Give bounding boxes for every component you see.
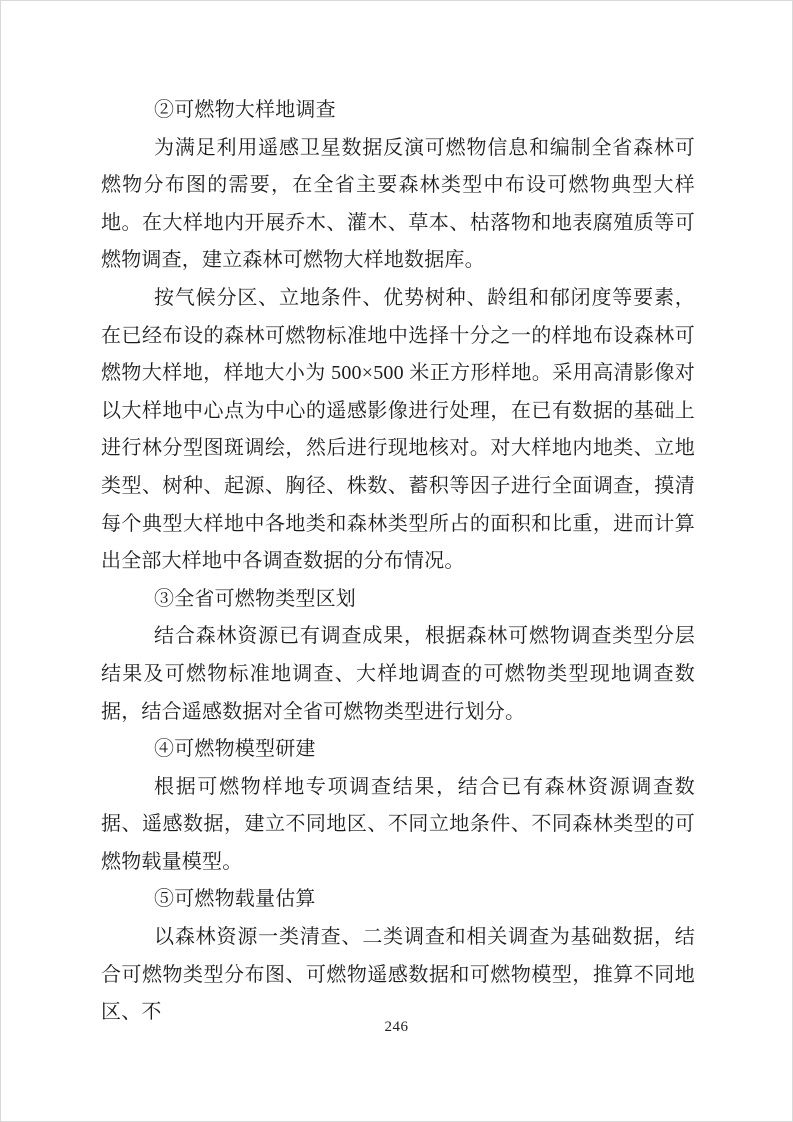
section-heading: ④可燃物模型研建	[101, 731, 695, 769]
page-number: 246	[1, 1019, 792, 1036]
body-paragraph: 按气候分区、立地条件、优势树种、龄组和郁闭度等要素，在已经布设的森林可燃物标准地…	[101, 280, 695, 581]
body-paragraph: 结合森林资源已有调查成果，根据森林可燃物调查类型分层结果及可燃物标准地调查、大样…	[101, 618, 695, 731]
document-page: ②可燃物大样地调查为满足利用遥感卫星数据反演可燃物信息和编制全省森林可燃物分布图…	[0, 0, 793, 1122]
body-paragraph: 以森林资源一类清查、二类调查和相关调查为基础数据，结合可燃物类型分布图、可燃物遥…	[101, 919, 695, 1032]
section-heading: ②可燃物大样地调查	[101, 92, 695, 130]
section-heading: ⑤可燃物载量估算	[101, 881, 695, 919]
page-body: ②可燃物大样地调查为满足利用遥感卫星数据反演可燃物信息和编制全省森林可燃物分布图…	[101, 92, 695, 1032]
body-paragraph: 为满足利用遥感卫星数据反演可燃物信息和编制全省森林可燃物分布图的需要，在全省主要…	[101, 130, 695, 280]
body-paragraph: 根据可燃物样地专项调查结果，结合已有森林资源调查数据、遥感数据，建立不同地区、不…	[101, 769, 695, 882]
section-heading: ③全省可燃物类型区划	[101, 581, 695, 619]
